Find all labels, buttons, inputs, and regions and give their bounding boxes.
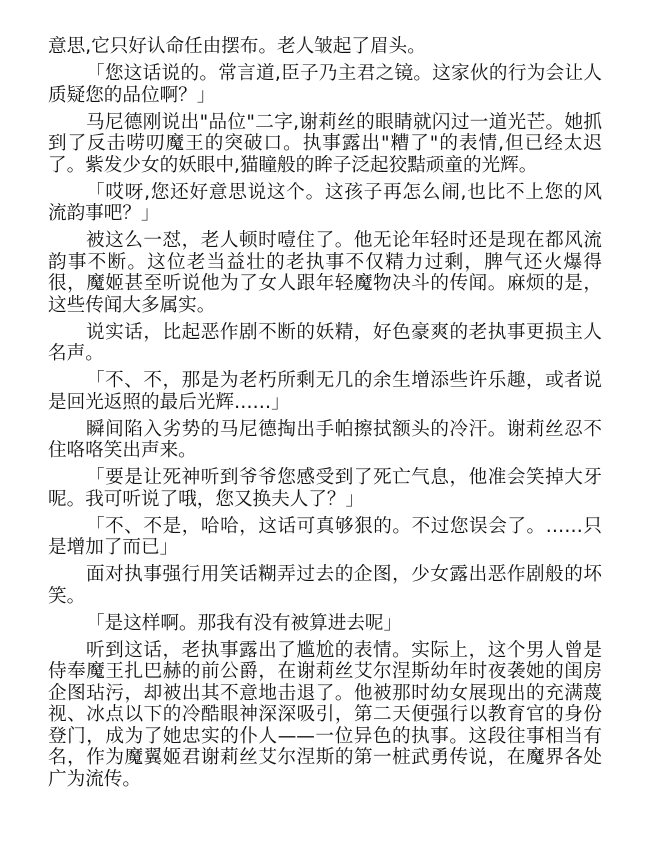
text-line: 侍奉魔王扎巴赫的前公爵，在谢莉丝艾尔涅斯幼年时夜袭她的闺房 (48, 661, 602, 683)
text-line: 企图玷污，却被出其不意地击退了。他被那时幼女展现出的充满蔑 (48, 683, 602, 705)
text-line: 说实话，比起恶作剧不断的妖精，好色豪爽的老执事更损主人 (48, 322, 602, 344)
text-line: 是回光返照的最后光辉……」 (48, 392, 602, 414)
paragraph: 意思,它只好认命任由摆布。老人皱起了眉头。 (48, 36, 602, 58)
paragraph: 「不、不是，哈哈，这话可真够狠的。不过您误会了。……只 是增加了而已」 (48, 516, 602, 559)
paragraph: 瞬间陷入劣势的马尼德掏出手帕擦拭额头的冷汗。谢莉丝忍不 住咯咯笑出声来。 (48, 419, 602, 462)
text-line: 「不、不是，哈哈，这话可真够狠的。不过您误会了。……只 (48, 516, 602, 538)
text-line: 名，作为魔翼姬君谢莉丝艾尔涅斯的第一桩武勇传说，在魔界各处 (48, 747, 602, 769)
text-line: 面对执事强行用笑话糊弄过去的企图，少女露出恶作剧般的坏 (48, 564, 602, 586)
text-line: 名声。 (48, 343, 602, 365)
text-line: 韵事不断。这位老当益壮的老执事不仅精力过剩，脾气还火爆得 (48, 252, 602, 274)
text-line: 流韵事吧？」 (48, 203, 602, 225)
text-line: 住咯咯笑出声来。 (48, 440, 602, 462)
text-line: 被这么一怼，老人顿时噎住了。他无论年轻时还是现在都风流 (48, 230, 602, 252)
text-line: 「不、不，那是为老朽所剩无几的余生增添些许乐趣，或者说 (48, 370, 602, 392)
text-line: 「您这话说的。常言道,臣子乃主君之镜。这家伙的行为会让人 (48, 63, 602, 85)
text-line: 瞬间陷入劣势的马尼德掏出手帕擦拭额头的冷汗。谢莉丝忍不 (48, 419, 602, 441)
paragraph: 「要是让死神听到爷爷您感受到了死亡气息，他准会笑掉大牙 呢。我可听说了哦，您又换… (48, 467, 602, 510)
paragraph: 面对执事强行用笑话糊弄过去的企图，少女露出恶作剧般的坏 笑。 (48, 564, 602, 607)
text-line: 听到这话，老执事露出了尴尬的表情。实际上，这个男人曾是 (48, 640, 602, 662)
text-line: 广为流传。 (48, 769, 602, 791)
text-line: 意思,它只好认命任由摆布。老人皱起了眉头。 (48, 36, 602, 58)
text-line: 呢。我可听说了哦，您又换夫人了？」 (48, 489, 602, 511)
text-line: 到了反击唠叨魔王的突破口。执事露出"糟了"的表情,但已经太迟 (48, 133, 602, 155)
text-line: 登门，成为了她忠实的仆人——一位异色的执事。这段往事相当有 (48, 726, 602, 748)
text-line: 视、冰点以下的冷酷眼神深深吸引，第二天便强行以教育官的身份 (48, 704, 602, 726)
paragraph: 说实话，比起恶作剧不断的妖精，好色豪爽的老执事更损主人 名声。 (48, 322, 602, 365)
paragraph: 听到这话，老执事露出了尴尬的表情。实际上，这个男人曾是 侍奉魔王扎巴赫的前公爵，… (48, 640, 602, 791)
paragraph: 「是这样啊。那我有没有被算进去呢」 (48, 613, 602, 635)
text-line: 「要是让死神听到爷爷您感受到了死亡气息，他准会笑掉大牙 (48, 467, 602, 489)
text-line: 很，魔姬甚至听说他为了女人跟年轻魔物决斗的传闻。麻烦的是， (48, 273, 602, 295)
text-line: 笑。 (48, 586, 602, 608)
paragraph: 马尼德刚说出"品位"二字,谢莉丝的眼睛就闪过一道光芒。她抓 到了反击唠叨魔王的突… (48, 112, 602, 177)
text-line: 是增加了而已」 (48, 537, 602, 559)
text-line: 「哎呀,您还好意思说这个。这孩子再怎么闹,也比不上您的风 (48, 182, 602, 204)
text-line: 了。紫发少女的妖眼中,猫瞳般的眸子泛起狡黠顽童的光辉。 (48, 155, 602, 177)
paragraph: 「您这话说的。常言道,臣子乃主君之镜。这家伙的行为会让人 质疑您的品位啊？」 (48, 63, 602, 106)
paragraph: 被这么一怼，老人顿时噎住了。他无论年轻时还是现在都风流 韵事不断。这位老当益壮的… (48, 230, 602, 316)
text-line: 这些传闻大多属实。 (48, 295, 602, 317)
text-line: 马尼德刚说出"品位"二字,谢莉丝的眼睛就闪过一道光芒。她抓 (48, 112, 602, 134)
paragraph: 「不、不，那是为老朽所剩无几的余生增添些许乐趣，或者说 是回光返照的最后光辉……… (48, 370, 602, 413)
text-line: 「是这样啊。那我有没有被算进去呢」 (48, 613, 602, 635)
text-line: 质疑您的品位啊？」 (48, 85, 602, 107)
document-page: 意思,它只好认命任由摆布。老人皱起了眉头。 「您这话说的。常言道,臣子乃主君之镜… (48, 36, 602, 796)
paragraph: 「哎呀,您还好意思说这个。这孩子再怎么闹,也比不上您的风 流韵事吧？」 (48, 182, 602, 225)
